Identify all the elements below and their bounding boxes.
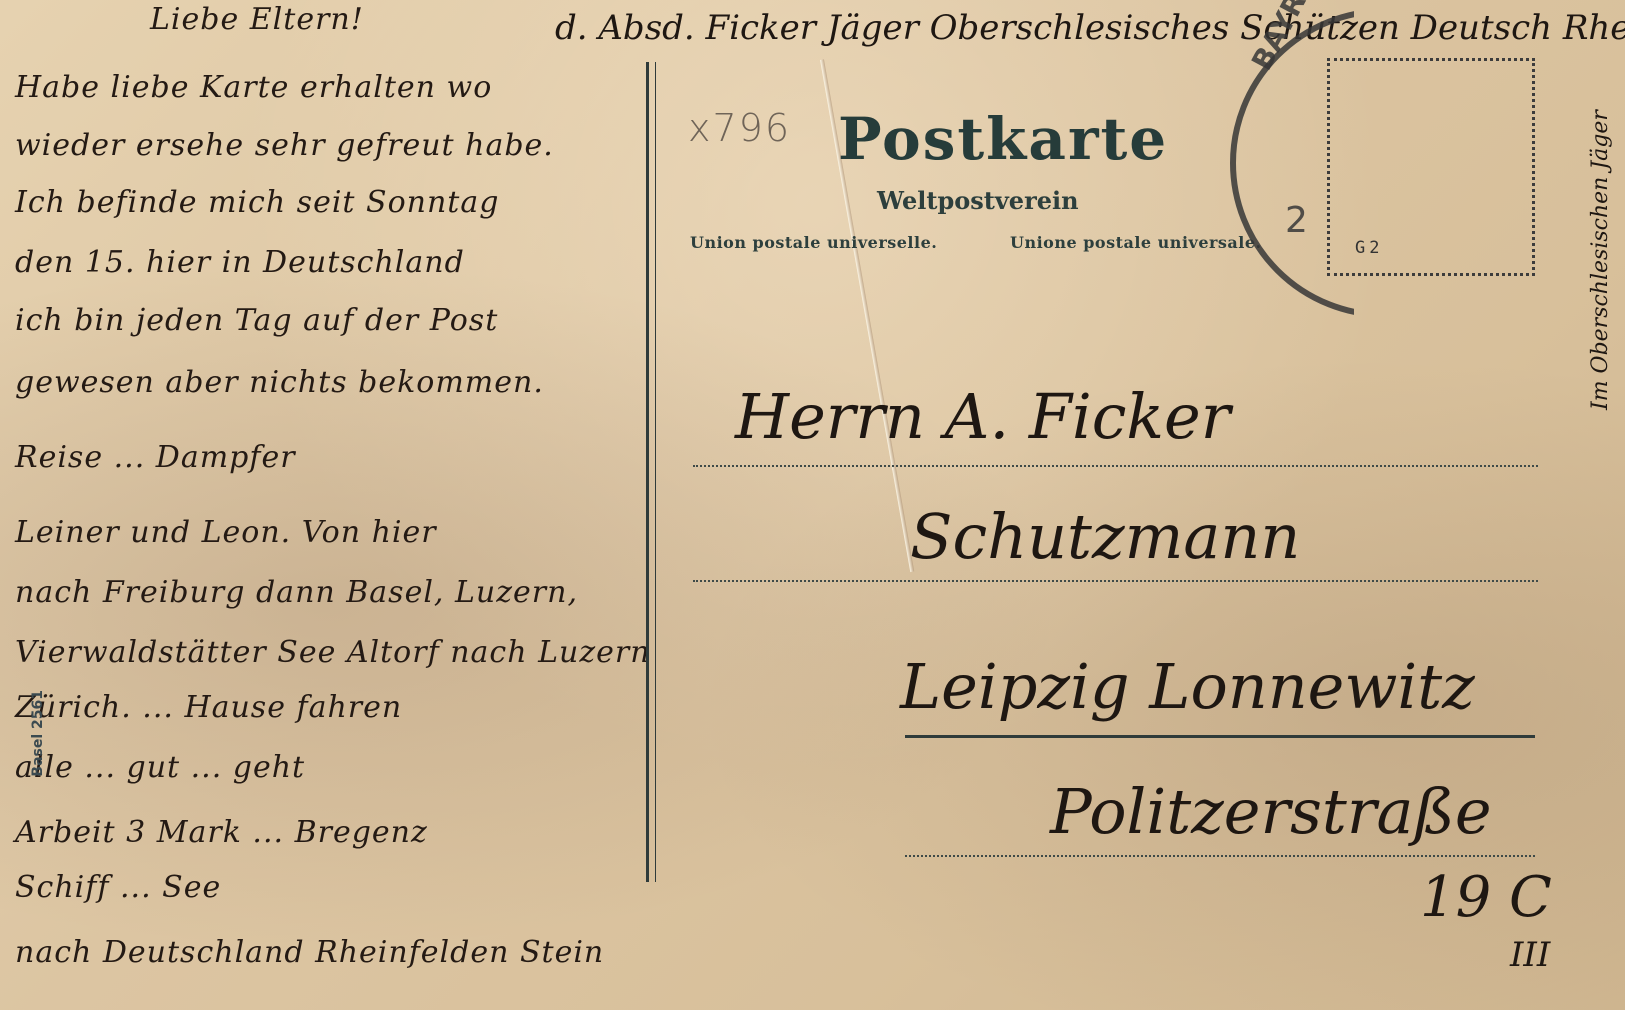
message-line: nach Freiburg dann Basel, Luzern, — [15, 575, 578, 610]
message-line: Schiff ... See — [15, 870, 221, 905]
message-line: nach Deutschland Rheinfelden Stein — [15, 935, 604, 970]
postmark-number: 2 — [1285, 200, 1308, 241]
address-line-4: Politzerstraße — [1050, 775, 1492, 848]
message-line: gewesen aber nichts bekommen. — [15, 365, 544, 400]
message-line: wieder ersehe sehr gefreut habe. — [15, 128, 554, 163]
message-line: den 15. hier in Deutschland — [15, 245, 465, 280]
union-italian: Unione postale universale. — [1010, 233, 1262, 252]
message-line: Leiner und Leon. Von hier — [15, 515, 437, 550]
address-line-1: Herrn A. Ficker — [735, 380, 1230, 453]
postcard-subtitle: Weltpostverein — [877, 186, 1079, 215]
union-french: Union postale universelle. — [690, 233, 937, 252]
center-divider — [646, 62, 656, 882]
postcard-title: Postkarte — [838, 105, 1168, 173]
message-line: alle ... gut ... geht — [15, 750, 305, 785]
message-line: Reise ... Dampfer — [15, 440, 296, 475]
floor-number: III — [1510, 935, 1550, 975]
address-rule — [693, 465, 1538, 467]
stamp-code: G2 — [1355, 238, 1383, 258]
address-rule — [905, 855, 1535, 857]
message-line: Arbeit 3 Mark ... Bregenz — [15, 815, 428, 850]
postcard-back: d. Absd. Ficker Jäger Oberschlesisches S… — [0, 0, 1625, 1010]
message-line: Habe liebe Karte erhalten wo — [15, 70, 492, 105]
message-line: ich bin jeden Tag auf der Post — [15, 303, 498, 338]
inventory-number: x796 — [688, 106, 791, 150]
house-number: 19 C — [1420, 865, 1552, 930]
salutation: Liebe Eltern! — [150, 2, 364, 37]
address-line-3: Leipzig Lonnewitz — [900, 650, 1475, 723]
message-line: Vierwaldstätter See Altorf nach Luzern — [15, 635, 651, 670]
message-line: Ich befinde mich seit Sonntag — [15, 185, 499, 220]
address-rule — [693, 580, 1538, 582]
message-line: Zürich. ... Hause fahren — [15, 690, 402, 725]
printer-mark: Basel 2561 — [30, 690, 46, 777]
sender-note: d. Absd. Ficker Jäger Oberschlesisches S… — [555, 8, 1625, 48]
address-line-2: Schutzmann — [910, 500, 1300, 573]
side-note: Im Oberschlesischen Jäger — [1588, 10, 1613, 410]
address-rule — [905, 735, 1535, 738]
